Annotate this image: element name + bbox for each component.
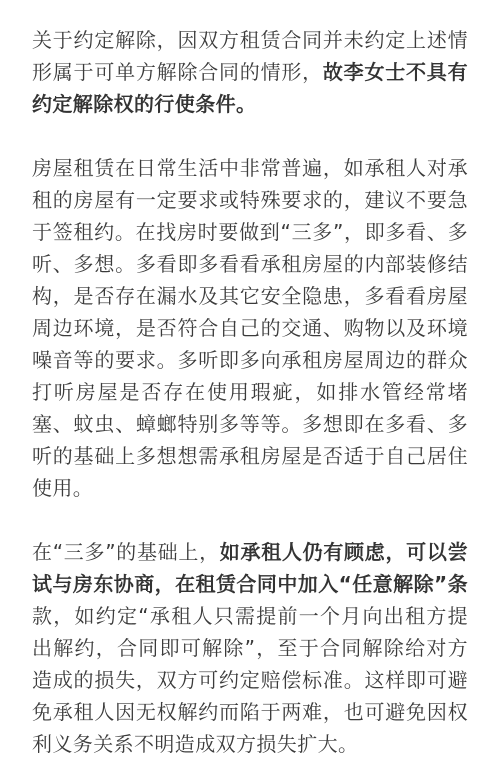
- text-run: 房屋租赁在日常生活中非常普遍，如承租人对承租的房屋有一定要求或特殊要求的，建议不…: [32, 156, 468, 500]
- article-page: 关于约定解除，因双方租赁合同并未约定上述情形属于可单方解除合同的情形，故李女士不…: [0, 0, 500, 783]
- paragraph: 关于约定解除，因双方租赁合同并未约定上述情形属于可单方解除合同的情形，故李女士不…: [32, 24, 468, 120]
- paragraph: 房屋租赁在日常生活中非常普遍，如承租人对承租的房屋有一定要求或特殊要求的，建议不…: [32, 152, 468, 504]
- text-run: 款，如约定“承租人只需提前一个月向出租方提出解约，合同即可解除”，至于合同解除给…: [32, 604, 468, 756]
- paragraph: 在“三多”的基础上，如承租人仍有顾虑，可以尝试与房东协商，在租赁合同中加入“任意…: [32, 536, 468, 760]
- article-body: 关于约定解除，因双方租赁合同并未约定上述情形属于可单方解除合同的情形，故李女士不…: [32, 24, 468, 760]
- text-run: 在“三多”的基础上，: [32, 540, 220, 564]
